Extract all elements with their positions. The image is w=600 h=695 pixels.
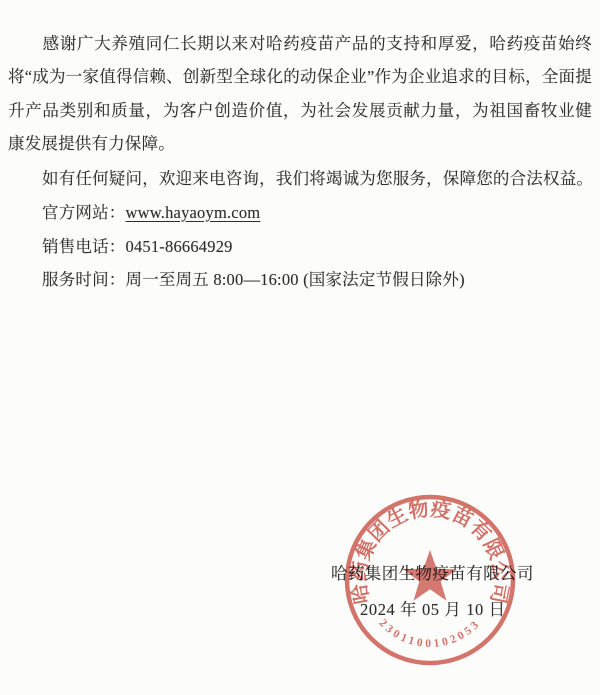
website-link[interactable]: www.hayaoym.com	[126, 203, 261, 222]
scanned-letter-page: 感谢广大养殖同仁长期以来对哈药疫苗产品的支持和厚爱，哈药疫苗始终将“成为一家值得…	[0, 0, 600, 695]
company-seal: 哈药集团生物疫苗有限公司 2301100102053	[342, 492, 518, 668]
website-row: 官方网站：www.hayaoym.com	[42, 196, 592, 230]
star-icon	[403, 550, 456, 601]
hours-row: 服务时间：周一至周五 8:00—16:00 (国家法定节假日除外)	[42, 263, 592, 297]
paragraph-service: 如有任何疑问，欢迎来电咨询，我们将竭诚为您服务，保障您的合法权益。	[42, 162, 592, 196]
contact-block: 如有任何疑问，欢迎来电咨询，我们将竭诚为您服务，保障您的合法权益。 官方网站：w…	[42, 162, 592, 297]
website-label: 官方网站：	[42, 203, 126, 222]
paragraph-thanks: 感谢广大养殖同仁长期以来对哈药疫苗产品的支持和厚爱，哈药疫苗始终将“成为一家值得…	[8, 27, 592, 161]
seal-serial-number: 2301100102053	[377, 617, 484, 650]
phone-value: 0451-86664929	[126, 237, 233, 256]
hours-value: 周一至周五 8:00—16:00 (国家法定节假日除外)	[126, 270, 465, 289]
phone-label: 销售电话：	[42, 237, 126, 256]
hours-label: 服务时间：	[42, 270, 126, 289]
phone-row: 销售电话：0451-86664929	[42, 230, 592, 264]
